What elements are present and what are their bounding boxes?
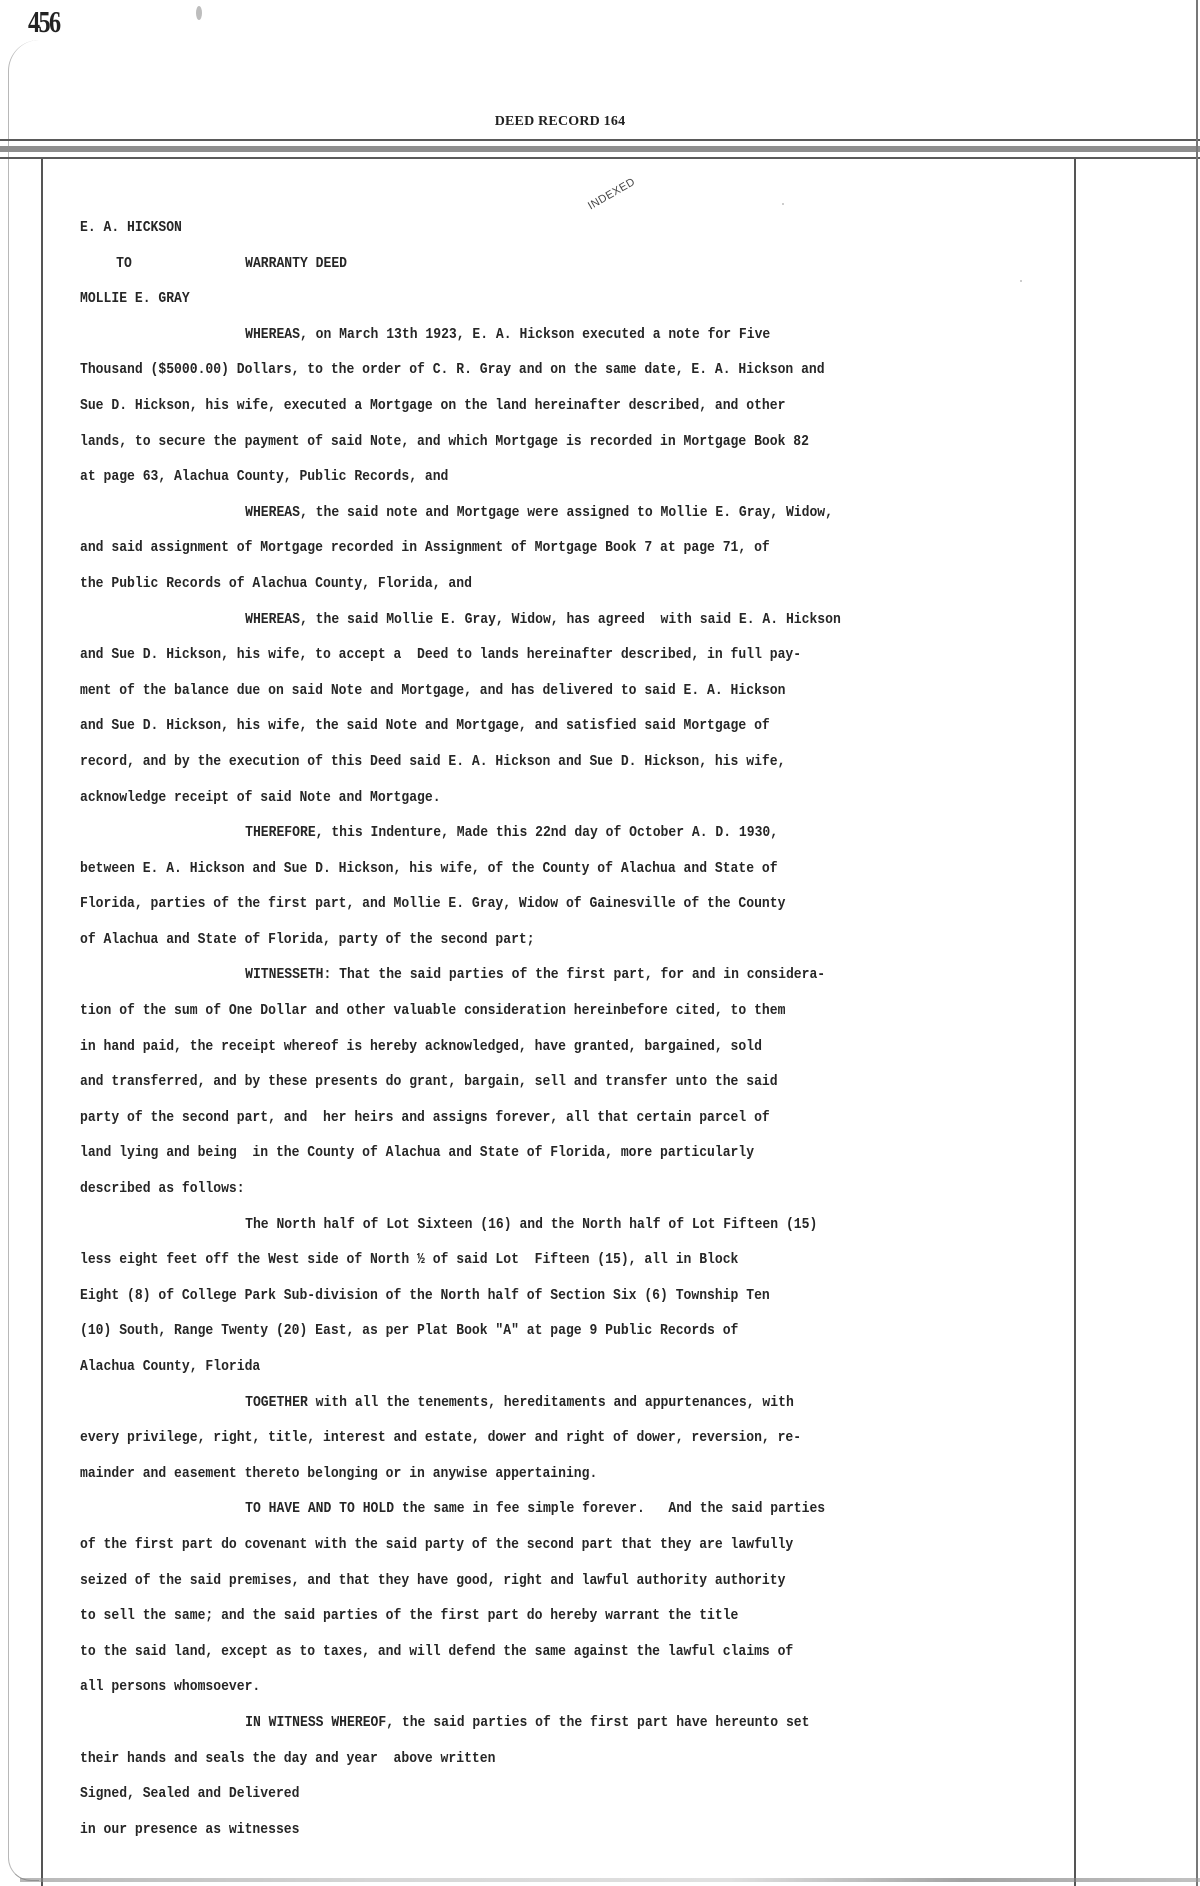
page-bottom-shadow [20,1878,1200,1882]
paper-blemish [196,6,202,20]
body-line: WHEREAS, the said note and Mortgage were… [80,495,940,531]
deed-record-page: 456 DEED RECORD 164 INDEXED E. A. HICKSO… [0,0,1200,1886]
body-line: WHEREAS, the said Mollie E. Gray, Widow,… [80,602,940,638]
grantee-line: MOLLIE E. GRAY [80,281,940,317]
header-rule-band [0,146,1200,152]
grantor-name: E. A. HICKSON [80,218,182,236]
body-line: in our presence as witnesses [80,1812,940,1848]
page-number: 456 [28,4,60,40]
to-label: TO [116,246,245,282]
body-line: Alachua County, Florida [80,1349,940,1385]
body-line: less eight feet off the West side of Nor… [80,1242,940,1278]
body-line: WITNESSETH: That the said parties of the… [80,957,940,993]
body-line: and said assignment of Mortgage recorded… [80,530,940,566]
body-line: Florida, parties of the first part, and … [80,886,940,922]
body-line: to sell the same; and the said parties o… [80,1598,940,1634]
body-line: and transferred, and by these presents d… [80,1064,940,1100]
to-line: TOWARRANTY DEED [80,246,940,282]
body-line: and Sue D. Hickson, his wife, to accept … [80,637,940,673]
body-line: party of the second part, and her heirs … [80,1100,940,1136]
body-line: described as follows: [80,1171,940,1207]
deed-body: E. A. HICKSON TOWARRANTY DEED MOLLIE E. … [80,210,1080,1847]
body-line: Signed, Sealed and Delivered [80,1776,940,1812]
book-title: DEED RECORD 164 [0,114,1120,130]
body-line: tion of the sum of One Dollar and other … [80,993,940,1029]
body-line: the Public Records of Alachua County, Fl… [80,566,940,602]
body-line: TOGETHER with all the tenements, heredit… [80,1385,940,1421]
body-line: acknowledge receipt of said Note and Mor… [80,780,940,816]
body-line: lands, to secure the payment of said Not… [80,424,940,460]
body-line: THEREFORE, this Indenture, Made this 22n… [80,815,940,851]
body-line: TO HAVE AND TO HOLD the same in fee simp… [80,1491,940,1527]
body-line: Sue D. Hickson, his wife, executed a Mor… [80,388,940,424]
body-line: to the said land, except as to taxes, an… [80,1634,940,1670]
body-line: between E. A. Hickson and Sue D. Hickson… [80,851,940,887]
body-line: ment of the balance due on said Note and… [80,673,940,709]
page-right-edge [1196,0,1198,1886]
body-line: mainder and easement thereto belonging o… [80,1456,940,1492]
body-line: of the first part do covenant with the s… [80,1527,940,1563]
grantee-name: MOLLIE E. GRAY [80,289,190,307]
body-line: of Alachua and State of Florida, party o… [80,922,940,958]
body-line: all persons whomsoever. [80,1669,940,1705]
header-rule-top [0,139,1200,141]
header-rule-bottom [0,157,1200,159]
body-line: land lying and being in the County of Al… [80,1135,940,1171]
paper-speck [782,203,784,205]
body-line: in hand paid, the receipt whereof is her… [80,1029,940,1065]
deed-type: WARRANTY DEED [245,254,347,272]
body-line: their hands and seals the day and year a… [80,1741,940,1777]
body-line: at page 63, Alachua County, Public Recor… [80,459,940,495]
body-line: Thousand ($5000.00) Dollars, to the orde… [80,352,940,388]
body-line: and Sue D. Hickson, his wife, the said N… [80,708,940,744]
body-line: WHEREAS, on March 13th 1923, E. A. Hicks… [80,317,940,353]
grantor-line: E. A. HICKSON [80,210,940,246]
body-line: The North half of Lot Sixteen (16) and t… [80,1207,940,1243]
page-curl-edge [8,40,39,1881]
indexed-stamp: INDEXED [586,176,637,213]
body-line: record, and by the execution of this Dee… [80,744,940,780]
body-line: seized of the said premises, and that th… [80,1563,940,1599]
body-line: every privilege, right, title, interest … [80,1420,940,1456]
body-line: (10) South, Range Twenty (20) East, as p… [80,1313,940,1349]
body-line: IN WITNESS WHEREOF, the said parties of … [80,1705,940,1741]
left-margin-line [41,159,43,1886]
body-line: Eight (8) of College Park Sub-division o… [80,1278,940,1314]
